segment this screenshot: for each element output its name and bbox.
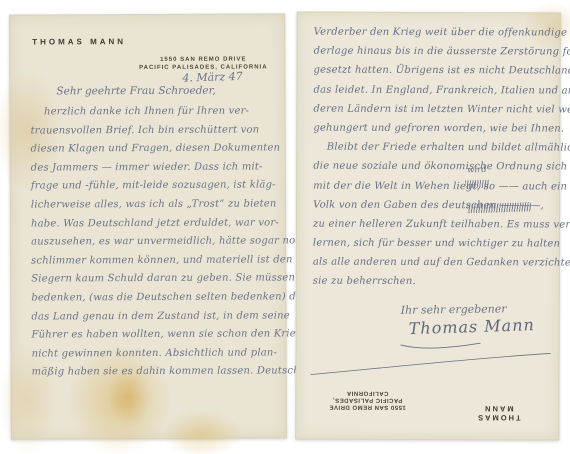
handwriting-line: mit der die Welt in Wehen liegt, so —— a… [313,176,570,196]
handwriting-line: trauensvollen Brief. Ich bin erschüttert… [31,121,312,141]
letterhead-name-rotated: THOMAS MANN [466,404,530,422]
handwriting-line: schlimmer kommen können, und materiell i… [31,251,312,271]
handwriting-line: frage und -fühle, mit-leide sozusagen, i… [31,177,312,197]
handwriting-line: lernen, sich für besser und wichtiger zu… [313,234,570,254]
ink-scribble [465,180,489,189]
letter-photo: THOMAS MANN 1550 SAN REMO DRIVE PACIFIC … [0,0,570,454]
letter-date: 4. März 47 [182,70,243,85]
letterhead-address-line2: PACIFIC PALISADES, CALIFORNIA [326,389,408,403]
handwriting-line: die neue soziale und ökonomische Ordnung… [313,157,570,177]
handwriting-line: gehungert und gefroren worden, wie bei I… [313,119,570,139]
closing-line: Ihr sehr ergebener [401,302,507,316]
paper-stain [162,410,242,454]
handwriting-line: Volk von den Gaben des deutschen ————, [313,195,570,215]
handwriting-body-page1: herzlich danke ich Ihnen für Ihren ver-t… [30,102,313,382]
handwriting-line: das leidet. In England, Frankreich, Ital… [313,80,570,100]
handwriting-line: Führer es haben wollten, wenn sie schon … [31,325,312,345]
handwriting-line: sie zu beherrschen. [313,272,570,292]
handwriting-line: auszusehen, es war unvermeidlich, hätte … [31,232,312,252]
handwriting-line: als alle anderen und auf den Gedanken ve… [313,253,570,273]
salutation: Sehr geehrte Frau Schroeder, [56,85,215,98]
handwriting-line: deren Ländern ist im letzten Winter nich… [313,99,570,119]
handwriting-line: gesetzt hatten. Übrigens ist es nicht De… [314,61,570,81]
letterhead-address-rotated: 1550 SAN REMO DRIVE PACIFIC PALISADES, C… [326,389,408,410]
handwriting-line: des Jammers — immer wieder. Dass ich mit… [31,158,312,178]
letter-page-2: Verderber den Krieg weit über die offenk… [295,12,560,441]
handwriting-line: Siegern kaum Schuld daran zu geben. Sie … [31,270,312,290]
signature-flourish [304,331,554,378]
handwriting-body-page2: Verderber den Krieg weit über die offenk… [313,23,570,293]
handwriting-line: herzlich danke ich Ihnen für Ihren ver- [30,102,311,122]
handwriting-line: mäßig haben sie es dahin kommen lassen. … [32,363,313,383]
letterhead-address: 1550 SAN REMO DRIVE PACIFIC PALISADES, C… [138,55,268,72]
letter-page-1: THOMAS MANN 1550 SAN REMO DRIVE PACIFIC … [9,13,287,439]
handwriting-line: nicht gewinnen konnten. Absichtlich und … [32,344,313,364]
inserted-word: wird [467,165,487,176]
handwriting-line: derlage hinaus bis in die äusserste Zers… [314,42,570,62]
letterhead-name: THOMAS MANN [32,37,126,46]
handwriting-line: Verderber den Krieg weit über die offenk… [314,23,570,43]
handwriting-line: zu einer helleren Zukunft teilhaben. Es … [313,214,570,234]
handwriting-line: das Land genau in dem Zustand ist, in de… [31,307,312,327]
handwriting-line: habe. Was Deutschland jetzt erduldet, wa… [31,214,312,234]
handwriting-line: licherweise alles, was ich als „Trost“ z… [31,195,312,215]
letterhead-address-line1: 1550 SAN REMO DRIVE [326,403,408,410]
handwriting-line: Bleibt der Friede erhalten und bildet al… [313,138,570,158]
handwriting-line: bedenken, (was die Deutschen selten bede… [31,288,312,308]
handwriting-line: diesen Klagen und Fragen, diesen Dokumen… [31,139,312,159]
